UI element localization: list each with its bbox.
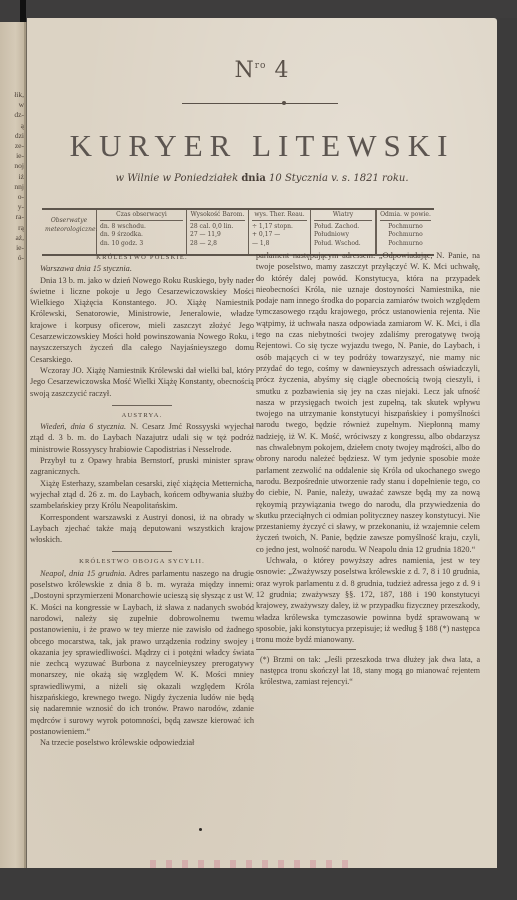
previous-page-text-fragment: ra- — [16, 212, 24, 222]
article-paragraph: parlament następującym adressem: „Odpowi… — [256, 250, 480, 555]
article-paragraph: Przybył tu z Opawy hrabia Bernstorf, pru… — [30, 455, 254, 478]
weather-row-label: Obserwatye meteorologiczne. — [45, 211, 93, 234]
article-paragraph: Xiążę Esterhazy, szambelan cesarski, zię… — [30, 478, 254, 512]
ornamental-rule — [182, 103, 338, 104]
weather-row-label-cell: Obserwatye meteorologiczne. — [42, 210, 97, 254]
weather-header: wys. Ther. Reau. — [252, 211, 307, 221]
scanner-background-right — [497, 18, 517, 900]
weather-col-barometer: Wysokość Barom. 28 cal. 0,0 lin. 27 — 11… — [187, 210, 249, 254]
article-paragraph: Wczoray JO. Xiążę Namiestnik Królewski d… — [30, 365, 254, 399]
weather-cell: 28 cal. 0,0 lin. — [190, 223, 245, 232]
article-paragraph: Dnia 13 b. m. jako w dzień Nowego Roku R… — [30, 275, 254, 365]
weather-cell: dn. 9 śrzodka. — [100, 231, 183, 240]
article-paragraph: Uchwała, o którey powyższy adres namieni… — [256, 555, 480, 645]
footnote: (*) Brzmi on tak: „Jeśli przeszkoda trwa… — [256, 654, 480, 687]
weather-col-thermometer: wys. Ther. Reau. ÷ 1,17 stopn. + 0,17 — … — [249, 210, 311, 254]
previous-page-text-fragment: łik, — [14, 90, 24, 100]
weather-cell: Pochmurno — [380, 231, 431, 240]
weather-cell: ÷ 1,17 stopn. — [252, 223, 307, 232]
section-dateline: Wiedeń, dnia 6 stycznia. — [40, 422, 126, 431]
weather-cell: dn. 10 godz. 3 — [100, 240, 183, 249]
previous-page-text-fragment: aż, — [15, 233, 24, 243]
section-heading-poland: KRÓLESTWO POLSKIE. — [30, 252, 254, 263]
weather-cell: + 0,17 — — [252, 231, 307, 240]
previous-page-text-fragment: ie- — [16, 151, 24, 161]
weather-header: Wysokość Barom. — [190, 211, 245, 221]
issue-value: 4 — [274, 58, 289, 83]
previous-page-text-fragment: noj — [14, 161, 24, 171]
issue-prefix: N — [235, 58, 255, 83]
weather-cell: Pochmurno — [380, 223, 431, 232]
weather-col-conditions: Odmia. w powie. Pochmurno Pochmurno Poch… — [376, 210, 434, 254]
dateline-post: 10 Stycznia v. s. 1821 roku. — [266, 173, 409, 184]
section-divider — [112, 405, 172, 406]
weather-col-time: Czas obserwacyi dn. 8 wschodu. dn. 9 śrz… — [97, 210, 187, 254]
weather-cell: dn. 8 wschodu. — [100, 223, 183, 232]
dateline-bold: dnia — [241, 173, 266, 184]
article-paragraph: Na trzecie poselstwo królewskie odpowied… — [30, 737, 254, 748]
section-heading-two-sicilies: KRÓLESTWO OBOJGA SYCYLII. — [30, 556, 254, 567]
dateline: w Wilnie w Poniedziałek dnia 10 Stycznia… — [27, 173, 497, 184]
weather-col-winds: Wiatry Połud. Zachod. Południowy Połud. … — [311, 210, 376, 254]
weather-observation-table: Obserwatye meteorologiczne. Czas obserwa… — [42, 208, 434, 256]
article-text: Adres parlamentu naszego na drugie posel… — [30, 569, 254, 736]
previous-page-text-fragment: ze- — [15, 141, 24, 151]
issue-number: Nro 4 — [27, 58, 497, 83]
article-paragraph: Korrespondent warszawski z Austryi donos… — [30, 512, 254, 546]
section-dateline: Neapol, dnia 15 grudnia. — [40, 569, 126, 578]
footnote-divider — [256, 649, 356, 650]
section-divider — [112, 551, 172, 552]
weather-cell: Pochmurno — [380, 240, 431, 249]
library-stamp-edge — [150, 860, 350, 868]
weather-header: Czas obserwacyi — [100, 211, 183, 221]
weather-cell: Południowy — [314, 231, 372, 240]
weather-cell: 28 — 2,8 — [190, 240, 245, 249]
weather-header: Wiatry — [314, 211, 372, 221]
scanner-background-bottom — [0, 868, 517, 900]
previous-page-edge: łik,wdz-ądzize-ie-nojiżnnjo-y-ra-rąaż,ie… — [0, 22, 26, 870]
binding-shadow — [20, 0, 26, 24]
masthead-title: KURYER LITEWSKI — [27, 128, 497, 164]
section-dateline: Warszawa dnia 15 stycznia. — [40, 264, 132, 273]
ink-speck — [199, 828, 202, 831]
weather-cell: Połud. Zachod. — [314, 223, 372, 232]
previous-page-text-fragment: nnj — [14, 182, 24, 192]
previous-page-text-fragment: dzi — [15, 131, 24, 141]
dateline-pre: w Wilnie w Poniedziałek — [115, 173, 241, 184]
issue-sup: ro — [255, 61, 267, 71]
previous-page-text-fragment: ie- — [16, 243, 24, 253]
weather-cell: Połud. Wschod. — [314, 240, 372, 249]
previous-page-text-fragment: dz- — [14, 110, 24, 120]
weather-cell: — 1,8 — [252, 240, 307, 249]
right-column: parlament następującym adressem: „Odpowi… — [256, 250, 480, 687]
weather-cell: 27 — 11,9 — [190, 231, 245, 240]
weather-header: Odmia. w powie. — [380, 211, 431, 221]
left-column: KRÓLESTWO POLSKIE. Warszawa dnia 15 styc… — [30, 250, 254, 748]
section-heading-austria: AUSTRYA. — [30, 410, 254, 421]
